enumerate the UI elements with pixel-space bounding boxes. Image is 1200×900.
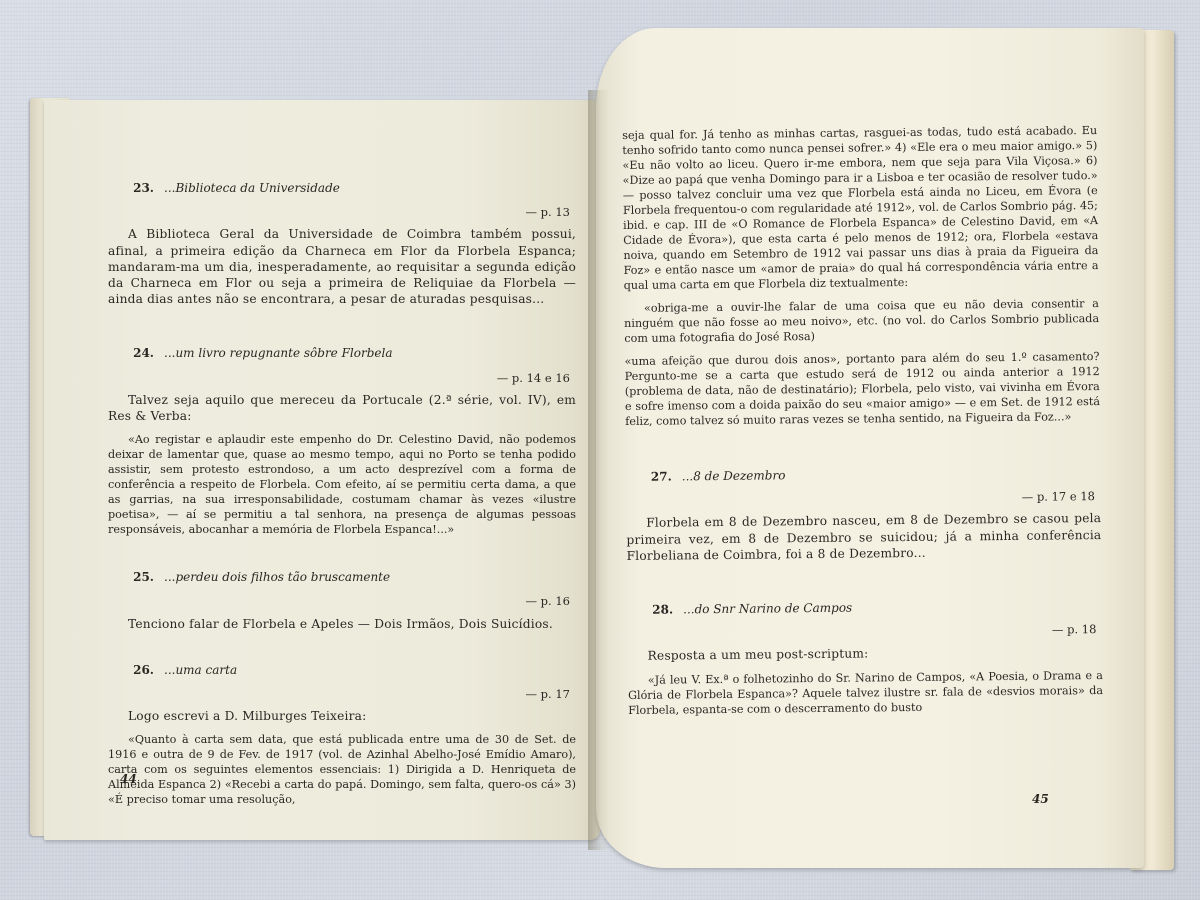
right-page-number: 45 — [1032, 792, 1049, 806]
note-page-reference: — p. 16 — [108, 593, 576, 609]
note-paragraph: Florbela em 8 de Dezembro nasceu, em 8 d… — [626, 510, 1101, 564]
left-page-text: 23. ...Biblioteca da Universidade — p. 1… — [108, 170, 576, 815]
right-page-text: seja qual for. Já tenho as minhas cartas… — [622, 115, 1103, 726]
note-title: ...um livro repugnante sôbre Florbela — [164, 345, 393, 361]
note-25: 25. ...perdeu dois filhos tão bruscament… — [108, 569, 576, 632]
note-paragraph: Resposta a um meu post-scriptum: — [628, 643, 1103, 664]
note-quote: «Já leu V. Ex.ª o folhetozinho do Sr. Na… — [628, 668, 1103, 718]
note-26: 26. ...uma carta — p. 17 Logo escrevi a … — [108, 662, 576, 808]
note-title: ...8 de Dezembro — [682, 467, 786, 484]
note-number: 24. — [108, 345, 154, 361]
note-title: ...perdeu dois filhos tão bruscamente — [164, 569, 390, 585]
note-number: 25. — [108, 569, 154, 585]
note-number: 28. — [627, 602, 673, 619]
open-book: 23. ...Biblioteca da Universidade — p. 1… — [0, 0, 1200, 900]
note-paragraph: Logo escrevi a D. Milburges Teixeira: — [108, 708, 576, 724]
note-paragraph: Tenciono falar de Florbela e Apeles — Do… — [108, 616, 576, 632]
note-number: 23. — [108, 180, 154, 196]
note-24: 24. ...um livro repugnante sôbre Florbel… — [108, 345, 576, 537]
note-page-reference: — p. 13 — [108, 204, 576, 220]
note-number: 27. — [626, 468, 672, 485]
note-title: ...do Snr Narino de Campos — [683, 600, 852, 618]
note-paragraph: A Biblioteca Geral da Universidade de Co… — [108, 226, 576, 307]
note-quote: «Quanto à carta sem data, que está publi… — [108, 732, 576, 807]
note-title: ...Biblioteca da Universidade — [164, 180, 340, 196]
note-title: ...uma carta — [164, 662, 237, 678]
note-number: 26. — [108, 662, 154, 678]
book-gutter-shadow — [588, 90, 610, 850]
note-23: 23. ...Biblioteca da Universidade — p. 1… — [108, 180, 576, 307]
quote-block: «uma afeição que durou dois anos», porta… — [624, 349, 1100, 429]
left-page-number: 44 — [120, 772, 137, 786]
note-page-reference: — p. 17 e 18 — [626, 488, 1101, 509]
continued-quote: seja qual for. Já tenho as minhas cartas… — [622, 123, 1099, 293]
note-28: 28. ...do Snr Narino de Campos — p. 18 R… — [627, 597, 1103, 718]
note-27: 27. ...8 de Dezembro — p. 17 e 18 Florbe… — [626, 464, 1102, 564]
note-page-reference: — p. 18 — [627, 621, 1102, 642]
note-paragraph: Talvez seja aquilo que mereceu da Portuc… — [108, 392, 576, 424]
note-quote: «Ao registar e aplaudir este empenho do … — [108, 432, 576, 537]
note-page-reference: — p. 14 e 16 — [108, 370, 576, 386]
note-page-reference: — p. 17 — [108, 686, 576, 702]
quote-block: «obriga-me a ouvir-lhe falar de uma cois… — [624, 296, 1099, 346]
